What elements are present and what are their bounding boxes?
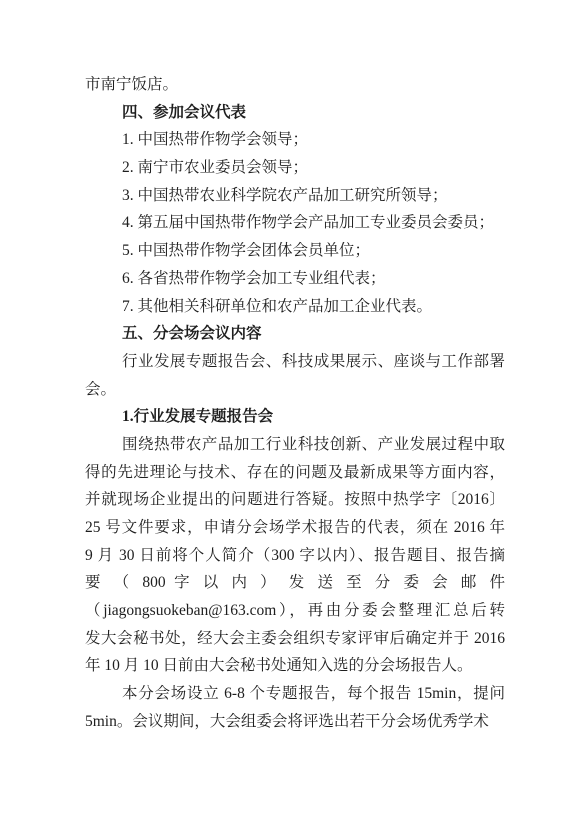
sub-heading: 1.行业发展专题报告会: [85, 403, 505, 431]
paragraph-line: 行业发展专题报告会、科技成果展示、座谈与工作部署: [85, 348, 505, 376]
paragraph-line: 9 月 30 日前将个人简介（300 字以内）、报告题目、报告摘: [85, 542, 505, 570]
section-heading: 四、参加会议代表: [85, 99, 505, 127]
list-item: 3. 中国热带农业科学院农产品加工研究所领导；: [85, 182, 505, 210]
paragraph-line: 并就现场企业提出的问题进行答疑。按照中热学字〔2016〕: [85, 486, 505, 514]
section-heading: 五、分会场会议内容: [85, 320, 505, 348]
list-item: 2. 南宁市农业委员会领导；: [85, 154, 505, 182]
paragraph-line: 得的先进理论与技术、存在的问题及最新成果等方面内容，: [85, 459, 505, 487]
list-item: 6. 各省热带作物学会加工专业组代表；: [85, 265, 505, 293]
paragraph-line: 会。: [85, 376, 505, 404]
list-item: 5. 中国热带作物学会团体会员单位；: [85, 237, 505, 265]
list-item: 1. 中国热带作物学会领导；: [85, 126, 505, 154]
paragraph-line: 5min。会议期间，大会组委会将评选出若干分会场优秀学术: [85, 708, 505, 736]
paragraph-line-spread: 要 （ 800 字 以 内 ） 发 送 至 分 委 会 邮 件: [85, 569, 505, 597]
paragraph-line: 发大会秘书处，经大会主委会组织专家评审后确定并于 2016: [85, 625, 505, 653]
document-page: 市南宁饭店。四、参加会议代表1. 中国热带作物学会领导；2. 南宁市农业委员会领…: [0, 0, 588, 831]
document-text-block: 市南宁饭店。四、参加会议代表1. 中国热带作物学会领导；2. 南宁市农业委员会领…: [85, 71, 505, 736]
list-item: 4. 第五届中国热带作物学会产品加工专业委员会委员；: [85, 209, 505, 237]
paragraph-line: 年 10 月 10 日前由大会秘书处通知入选的分会场报告人。: [85, 652, 505, 680]
paragraph-line: 25 号文件要求，申请分会场学术报告的代表，须在 2016 年: [85, 514, 505, 542]
paragraph-line: 本分会场设立 6-8 个专题报告，每个报告 15min，提问: [85, 680, 505, 708]
list-item: 7. 其他相关科研单位和农产品加工企业代表。: [85, 293, 505, 321]
paragraph-line-email: （jiagongsuokeban@163.com），再由分委会整理汇总后转: [85, 597, 505, 625]
paragraph-line: 围绕热带农产品加工行业科技创新、产业发展过程中取: [85, 431, 505, 459]
paragraph-continuation-line: 市南宁饭店。: [85, 71, 505, 99]
